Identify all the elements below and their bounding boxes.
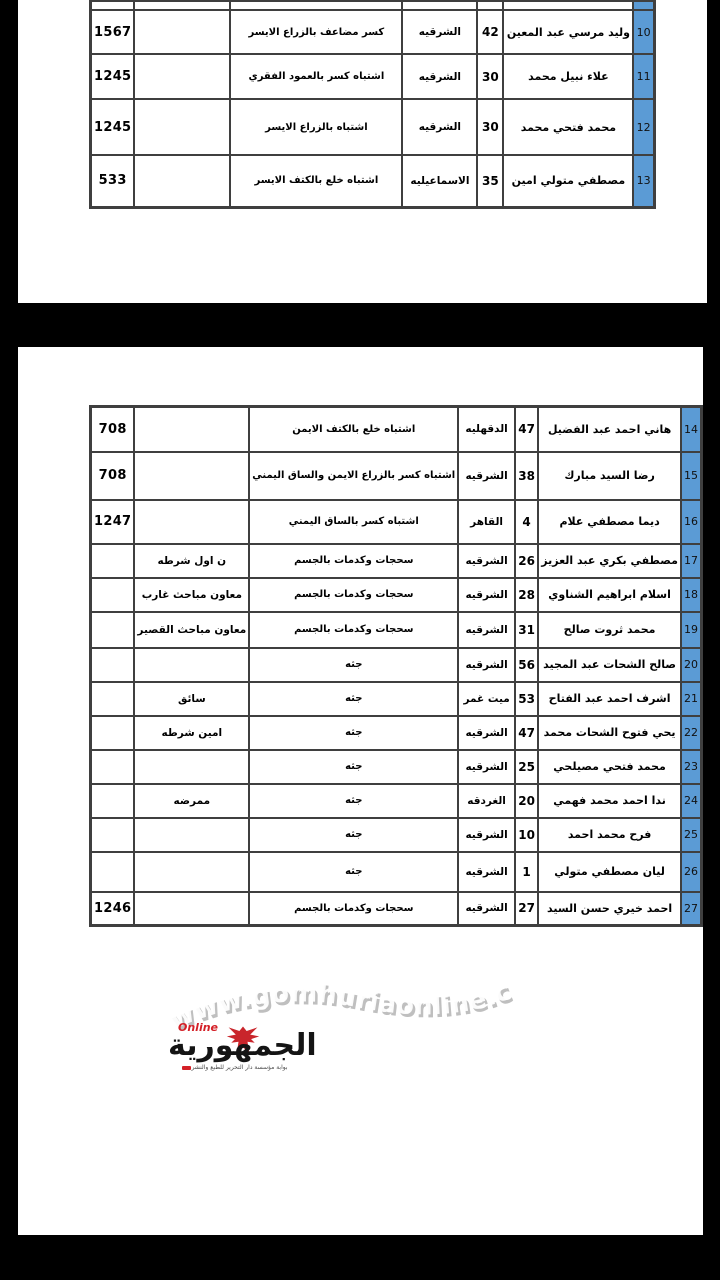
serial-cell: 20 bbox=[681, 648, 702, 682]
serial-cell: 11 bbox=[633, 54, 654, 99]
serial-cell: 13 bbox=[633, 155, 654, 207]
injury-cell: اشتباه كسر بالزراع الايمن والساق اليمني bbox=[249, 452, 458, 500]
governorate-cell: الشرقيه bbox=[458, 852, 515, 892]
number-cell bbox=[91, 750, 135, 784]
name-cell: اشرف احمد عبد الفتاح bbox=[538, 682, 681, 716]
number-cell bbox=[91, 648, 135, 682]
age-cell: 53 bbox=[515, 682, 538, 716]
number-cell bbox=[91, 544, 135, 578]
injury-cell: جثه bbox=[249, 818, 458, 852]
name-cell: اسلام ابراهيم الشناوي bbox=[538, 578, 681, 612]
number-cell: 1246 bbox=[91, 892, 135, 926]
injury-cell: جثه bbox=[249, 750, 458, 784]
age-cell: 35 bbox=[477, 155, 503, 207]
injury-cell: سحجات وكدمات بالجسم bbox=[249, 578, 458, 612]
empty-cell bbox=[230, 1, 402, 10]
age-cell: 27 bbox=[515, 892, 538, 926]
empty-cell bbox=[134, 1, 230, 10]
serial-cell: 18 bbox=[681, 578, 702, 612]
age-cell: 56 bbox=[515, 648, 538, 682]
injury-cell: اشتباه كسر بالعمود الفقري bbox=[230, 54, 402, 99]
serial-cell: 26 bbox=[681, 852, 702, 892]
name-cell: رضا السيد مبارك bbox=[538, 452, 681, 500]
number-cell: 708 bbox=[91, 407, 135, 452]
serial-cell: 19 bbox=[681, 612, 702, 648]
note-cell: ممرضه bbox=[134, 784, 249, 818]
number-cell bbox=[91, 818, 135, 852]
age-cell: 30 bbox=[477, 54, 503, 99]
serial-cell: 21 bbox=[681, 682, 702, 716]
name-cell: محمد فتحي مصيلحي bbox=[538, 750, 681, 784]
injury-cell: جثه bbox=[249, 716, 458, 750]
governorate-cell: الدقهليه bbox=[458, 407, 515, 452]
table-row: 23 محمد فتحي مصيلحي 25 الشرقيه جثه bbox=[91, 750, 702, 784]
governorate-cell: الشرقيه bbox=[458, 578, 515, 612]
note-cell bbox=[134, 818, 249, 852]
governorate-cell: ميت غمر bbox=[458, 682, 515, 716]
note-cell: امين شرطه bbox=[134, 716, 249, 750]
number-cell: 533 bbox=[91, 155, 135, 207]
serial-cell: 10 bbox=[633, 10, 654, 54]
empty-cell bbox=[503, 1, 633, 10]
governorate-cell: الشرقيه bbox=[458, 750, 515, 784]
injury-cell: كسر مضاعف بالزراع الايسر bbox=[230, 10, 402, 54]
governorate-cell: الشرقيه bbox=[458, 648, 515, 682]
serial-cell: 27 bbox=[681, 892, 702, 926]
empty-cell bbox=[91, 1, 135, 10]
governorate-cell: الشرقيه bbox=[402, 54, 477, 99]
age-cell: 26 bbox=[515, 544, 538, 578]
note-cell: معاون مباحث القصير bbox=[134, 612, 249, 648]
number-cell bbox=[91, 784, 135, 818]
age-cell: 4 bbox=[515, 500, 538, 544]
number-cell: 1567 bbox=[91, 10, 135, 54]
governorate-cell: الاسماعيليه bbox=[402, 155, 477, 207]
number-cell: 1245 bbox=[91, 99, 135, 155]
governorate-cell: القاهر bbox=[458, 500, 515, 544]
injury-cell: سحجات وكدمات بالجسم bbox=[249, 544, 458, 578]
number-cell bbox=[91, 612, 135, 648]
note-cell bbox=[134, 648, 249, 682]
age-cell: 47 bbox=[515, 407, 538, 452]
age-cell: 1 bbox=[515, 852, 538, 892]
injury-cell: جثه bbox=[249, 682, 458, 716]
number-cell: 1245 bbox=[91, 54, 135, 99]
governorate-cell: الشرقيه bbox=[458, 818, 515, 852]
empty-cell bbox=[477, 1, 503, 10]
age-cell: 38 bbox=[515, 452, 538, 500]
table-row: 25 فرح محمد احمد 10 الشرقيه جثه bbox=[91, 818, 702, 852]
table-row: 13 مصطفي متولي امين 35 الاسماعيليه اشتبا… bbox=[91, 155, 655, 207]
note-cell bbox=[134, 99, 230, 155]
note-cell: ن اول شرطه bbox=[134, 544, 249, 578]
document-page-1: 10 وليد مرسي عبد المعين 42 الشرقيه كسر م… bbox=[18, 0, 707, 303]
note-cell bbox=[134, 10, 230, 54]
name-cell: محمد ثروت صالح bbox=[538, 612, 681, 648]
name-cell: ديما مصطفي علام bbox=[538, 500, 681, 544]
age-cell: 25 bbox=[515, 750, 538, 784]
number-cell bbox=[91, 682, 135, 716]
name-cell: محمد فتحي محمد bbox=[503, 99, 633, 155]
table-row: 17 مصطفي بكري عبد العزيز 26 الشرقيه سحجا… bbox=[91, 544, 702, 578]
name-cell: هاني احمد عبد الفضيل bbox=[538, 407, 681, 452]
note-cell bbox=[134, 54, 230, 99]
table-row: 22 يحي فتوح الشحات محمد 47 الشرقيه جثه ا… bbox=[91, 716, 702, 750]
injury-cell: جثه bbox=[249, 784, 458, 818]
injury-cell: اشتباه بالزراع الايسر bbox=[230, 99, 402, 155]
table-row: 16 ديما مصطفي علام 4 القاهر اشتباه كسر ب… bbox=[91, 500, 702, 544]
table-row: 26 ليان مصطفي متولي 1 الشرقيه جثه bbox=[91, 852, 702, 892]
serial-cell bbox=[633, 1, 654, 10]
age-cell: 31 bbox=[515, 612, 538, 648]
injury-cell: اشتباه كسر بالساق اليمني bbox=[249, 500, 458, 544]
note-cell bbox=[134, 155, 230, 207]
serial-cell: 22 bbox=[681, 716, 702, 750]
governorate-cell: الشرقيه bbox=[458, 716, 515, 750]
serial-cell: 12 bbox=[633, 99, 654, 155]
injury-cell: سحجات وكدمات بالجسم bbox=[249, 612, 458, 648]
page: { "colors": { "background": "#000000", "… bbox=[0, 0, 720, 1280]
number-cell bbox=[91, 716, 135, 750]
injury-cell: اشتباه خلع بالكتف الايمن bbox=[249, 407, 458, 452]
governorate-cell: الشرقيه bbox=[458, 452, 515, 500]
table-row: 20 صالح الشحات عبد المجيد 56 الشرقيه جثه bbox=[91, 648, 702, 682]
serial-cell: 15 bbox=[681, 452, 702, 500]
name-cell: وليد مرسي عبد المعين bbox=[503, 10, 633, 54]
name-cell: فرح محمد احمد bbox=[538, 818, 681, 852]
table-row: 12 محمد فتحي محمد 30 الشرقيه اشتباه بالز… bbox=[91, 99, 655, 155]
governorate-cell: الشرقيه bbox=[458, 612, 515, 648]
injury-cell: جثه bbox=[249, 852, 458, 892]
number-cell: 708 bbox=[91, 452, 135, 500]
age-cell: 30 bbox=[477, 99, 503, 155]
logo-tagline: بوابة مؤسسة دار التحرير للطبع والنشر bbox=[168, 1064, 300, 1071]
governorate-cell: الشرقيه bbox=[458, 544, 515, 578]
number-cell bbox=[91, 852, 135, 892]
number-cell bbox=[91, 578, 135, 612]
serial-cell: 23 bbox=[681, 750, 702, 784]
table-row: 24 ندا احمد محمد فهمي 20 الغردقه جثه ممر… bbox=[91, 784, 702, 818]
governorate-cell: الغردقه bbox=[458, 784, 515, 818]
serial-cell: 14 bbox=[681, 407, 702, 452]
name-cell: احمد خيري حسن السيد bbox=[538, 892, 681, 926]
brand-arabic-title: الجمهورية bbox=[168, 1031, 300, 1061]
name-cell: ليان مصطفي متولي bbox=[538, 852, 681, 892]
note-cell bbox=[134, 452, 249, 500]
note-cell bbox=[134, 407, 249, 452]
table-row: 27 احمد خيري حسن السيد 27 الشرقيه سحجات … bbox=[91, 892, 702, 926]
note-cell: سائق bbox=[134, 682, 249, 716]
note-cell bbox=[134, 500, 249, 544]
age-cell: 28 bbox=[515, 578, 538, 612]
table-row: 10 وليد مرسي عبد المعين 42 الشرقيه كسر م… bbox=[91, 10, 655, 54]
injury-cell: اشتباه خلع بالكتف الايسر bbox=[230, 155, 402, 207]
governorate-cell: الشرقيه bbox=[402, 99, 477, 155]
table-row: 11 علاء نبيل محمد 30 الشرقيه اشتباه كسر … bbox=[91, 54, 655, 99]
name-cell: صالح الشحات عبد المجيد bbox=[538, 648, 681, 682]
age-cell: 20 bbox=[515, 784, 538, 818]
age-cell: 42 bbox=[477, 10, 503, 54]
name-cell: مصطفي بكري عبد العزيز bbox=[538, 544, 681, 578]
name-cell: مصطفي متولي امين bbox=[503, 155, 633, 207]
note-cell bbox=[134, 852, 249, 892]
injury-cell: جثه bbox=[249, 648, 458, 682]
empty-cell bbox=[402, 1, 477, 10]
note-cell bbox=[134, 892, 249, 926]
serial-cell: 24 bbox=[681, 784, 702, 818]
name-cell: ندا احمد محمد فهمي bbox=[538, 784, 681, 818]
table-row: 21 اشرف احمد عبد الفتاح 53 ميت غمر جثه س… bbox=[91, 682, 702, 716]
serial-cell: 17 bbox=[681, 544, 702, 578]
note-cell: معاون مباحث غارب bbox=[134, 578, 249, 612]
table-row: 14 هاني احمد عبد الفضيل 47 الدقهليه اشتب… bbox=[91, 407, 702, 452]
casualty-table-2: 14 هاني احمد عبد الفضيل 47 الدقهليه اشتب… bbox=[89, 405, 703, 927]
table-row: 15 رضا السيد مبارك 38 الشرقيه اشتباه كسر… bbox=[91, 452, 702, 500]
number-cell: 1247 bbox=[91, 500, 135, 544]
note-cell bbox=[134, 750, 249, 784]
name-cell: علاء نبيل محمد bbox=[503, 54, 633, 99]
table-row: 18 اسلام ابراهيم الشناوي 28 الشرقيه سحجا… bbox=[91, 578, 702, 612]
serial-cell: 25 bbox=[681, 818, 702, 852]
name-cell: يحي فتوح الشحات محمد bbox=[538, 716, 681, 750]
governorate-cell: الشرقيه bbox=[458, 892, 515, 926]
casualty-table-1: 10 وليد مرسي عبد المعين 42 الشرقيه كسر م… bbox=[89, 0, 656, 209]
age-cell: 47 bbox=[515, 716, 538, 750]
gomhuria-logo: Online الجمهورية بوابة مؤسسة دار التحرير… bbox=[168, 1023, 300, 1085]
age-cell: 10 bbox=[515, 818, 538, 852]
table-row: 19 محمد ثروت صالح 31 الشرقيه سحجات وكدما… bbox=[91, 612, 702, 648]
tagline-text: بوابة مؤسسة دار التحرير للطبع والنشر bbox=[191, 1064, 287, 1071]
governorate-cell: الشرقيه bbox=[402, 10, 477, 54]
serial-cell: 16 bbox=[681, 500, 702, 544]
document-page-2: 14 هاني احمد عبد الفضيل 47 الدقهليه اشتب… bbox=[18, 347, 703, 1235]
injury-cell: سحجات وكدمات بالجسم bbox=[249, 892, 458, 926]
table-row-cut bbox=[91, 1, 655, 10]
